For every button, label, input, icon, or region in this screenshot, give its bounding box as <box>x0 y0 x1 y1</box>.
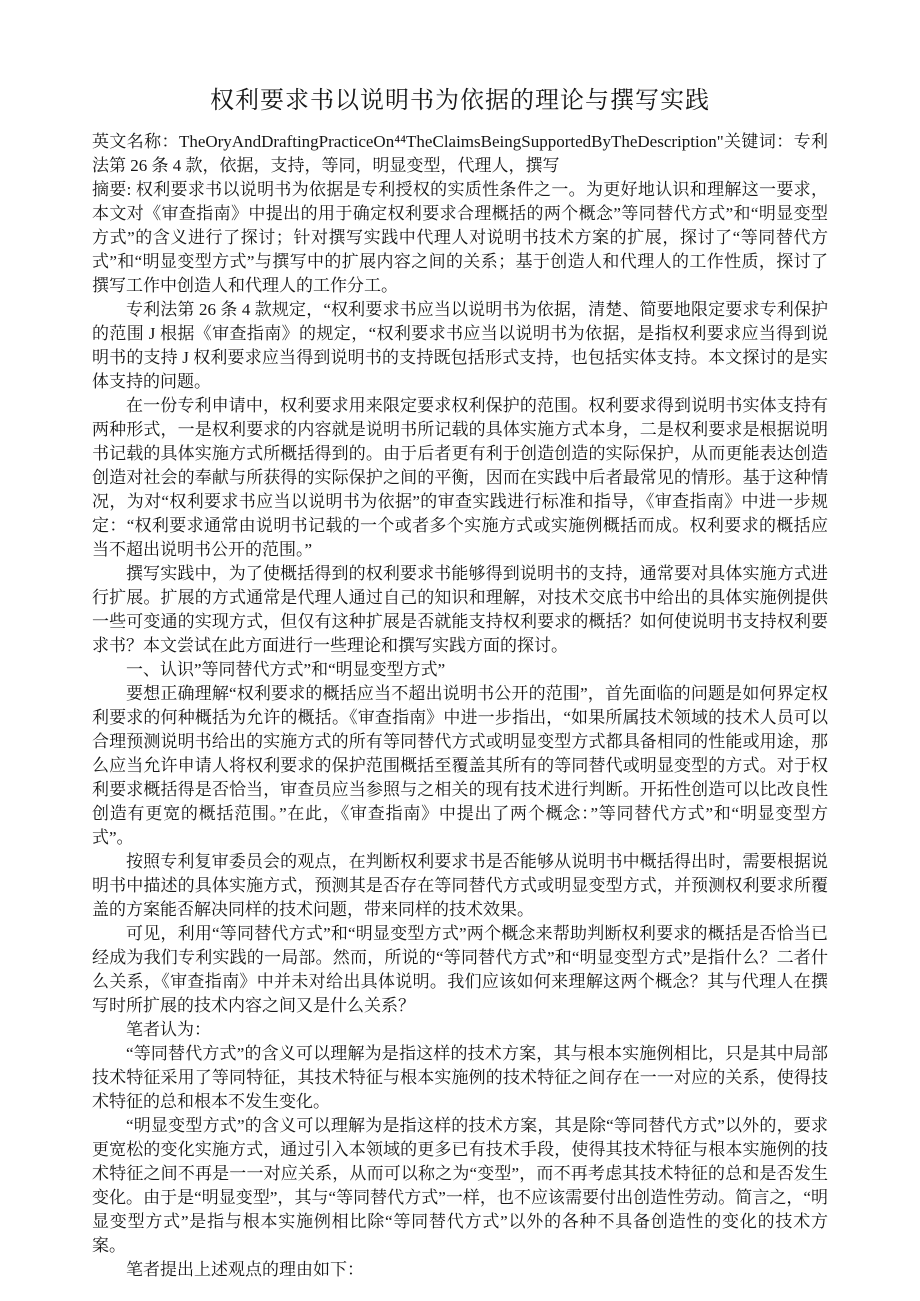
paragraph-patent-law-provision: 专利法第 26 条 4 款规定，“权利要求书应当以说明书为依据，清楚、简要地限定… <box>92 298 828 394</box>
paragraph-guideline-two-concepts: 要想正确理解“权利要求的概括应当不超出说明书公开的范围”，首先面临的问题是如何界… <box>92 682 828 850</box>
paragraph-reasons-lead: 笔者提出上述观点的理由如下： <box>92 1258 828 1282</box>
paragraph-english-title-and-keywords: 英文名称：TheOryAndDraftingPracticeOn⁴⁴TheCla… <box>92 130 828 178</box>
section-1-heading: 一、认识”等同替代方式”和“明显变型方式” <box>92 658 828 682</box>
paragraph-equivalent-substitution-definition: “等同替代方式”的含义可以理解为是指这样的技术方案，其与根本实施例相比，只是其中… <box>92 1042 828 1114</box>
paragraph-obvious-variant-definition: “明显变型方式”的含义可以理解为是指这样的技术方案，其是除“等同替代方式”以外的… <box>92 1114 828 1258</box>
paragraph-questions-about-concepts: 可见，利用“等同替代方式”和“明显变型方式”两个概念来帮助判断权利要求的概括是否… <box>92 922 828 1018</box>
paragraph-reexamination-board-view: 按照专利复审委员会的观点，在判断权利要求书是否能够从说明书中概括得出时，需要根据… <box>92 850 828 922</box>
paragraph-author-opinion-lead: 笔者认为： <box>92 1018 828 1042</box>
document-title: 权利要求书以说明书为依据的理论与撰写实践 <box>92 84 828 118</box>
paragraph-abstract: 摘要: 权利要求书以说明书为依据是专利授权的实质性条件之一。为更好地认识和理解这… <box>92 178 828 298</box>
document-page: 权利要求书以说明书为依据的理论与撰写实践 英文名称：TheOryAndDraft… <box>0 0 920 1301</box>
paragraph-drafting-practice-expansion: 撰写实践中，为了使概括得到的权利要求书能够得到说明书的支持，通常要对具体实施方式… <box>92 562 828 658</box>
paragraph-two-forms-of-support: 在一份专利申请中，权利要求用来限定要求权利保护的范围。权利要求得到说明书实体支持… <box>92 394 828 562</box>
